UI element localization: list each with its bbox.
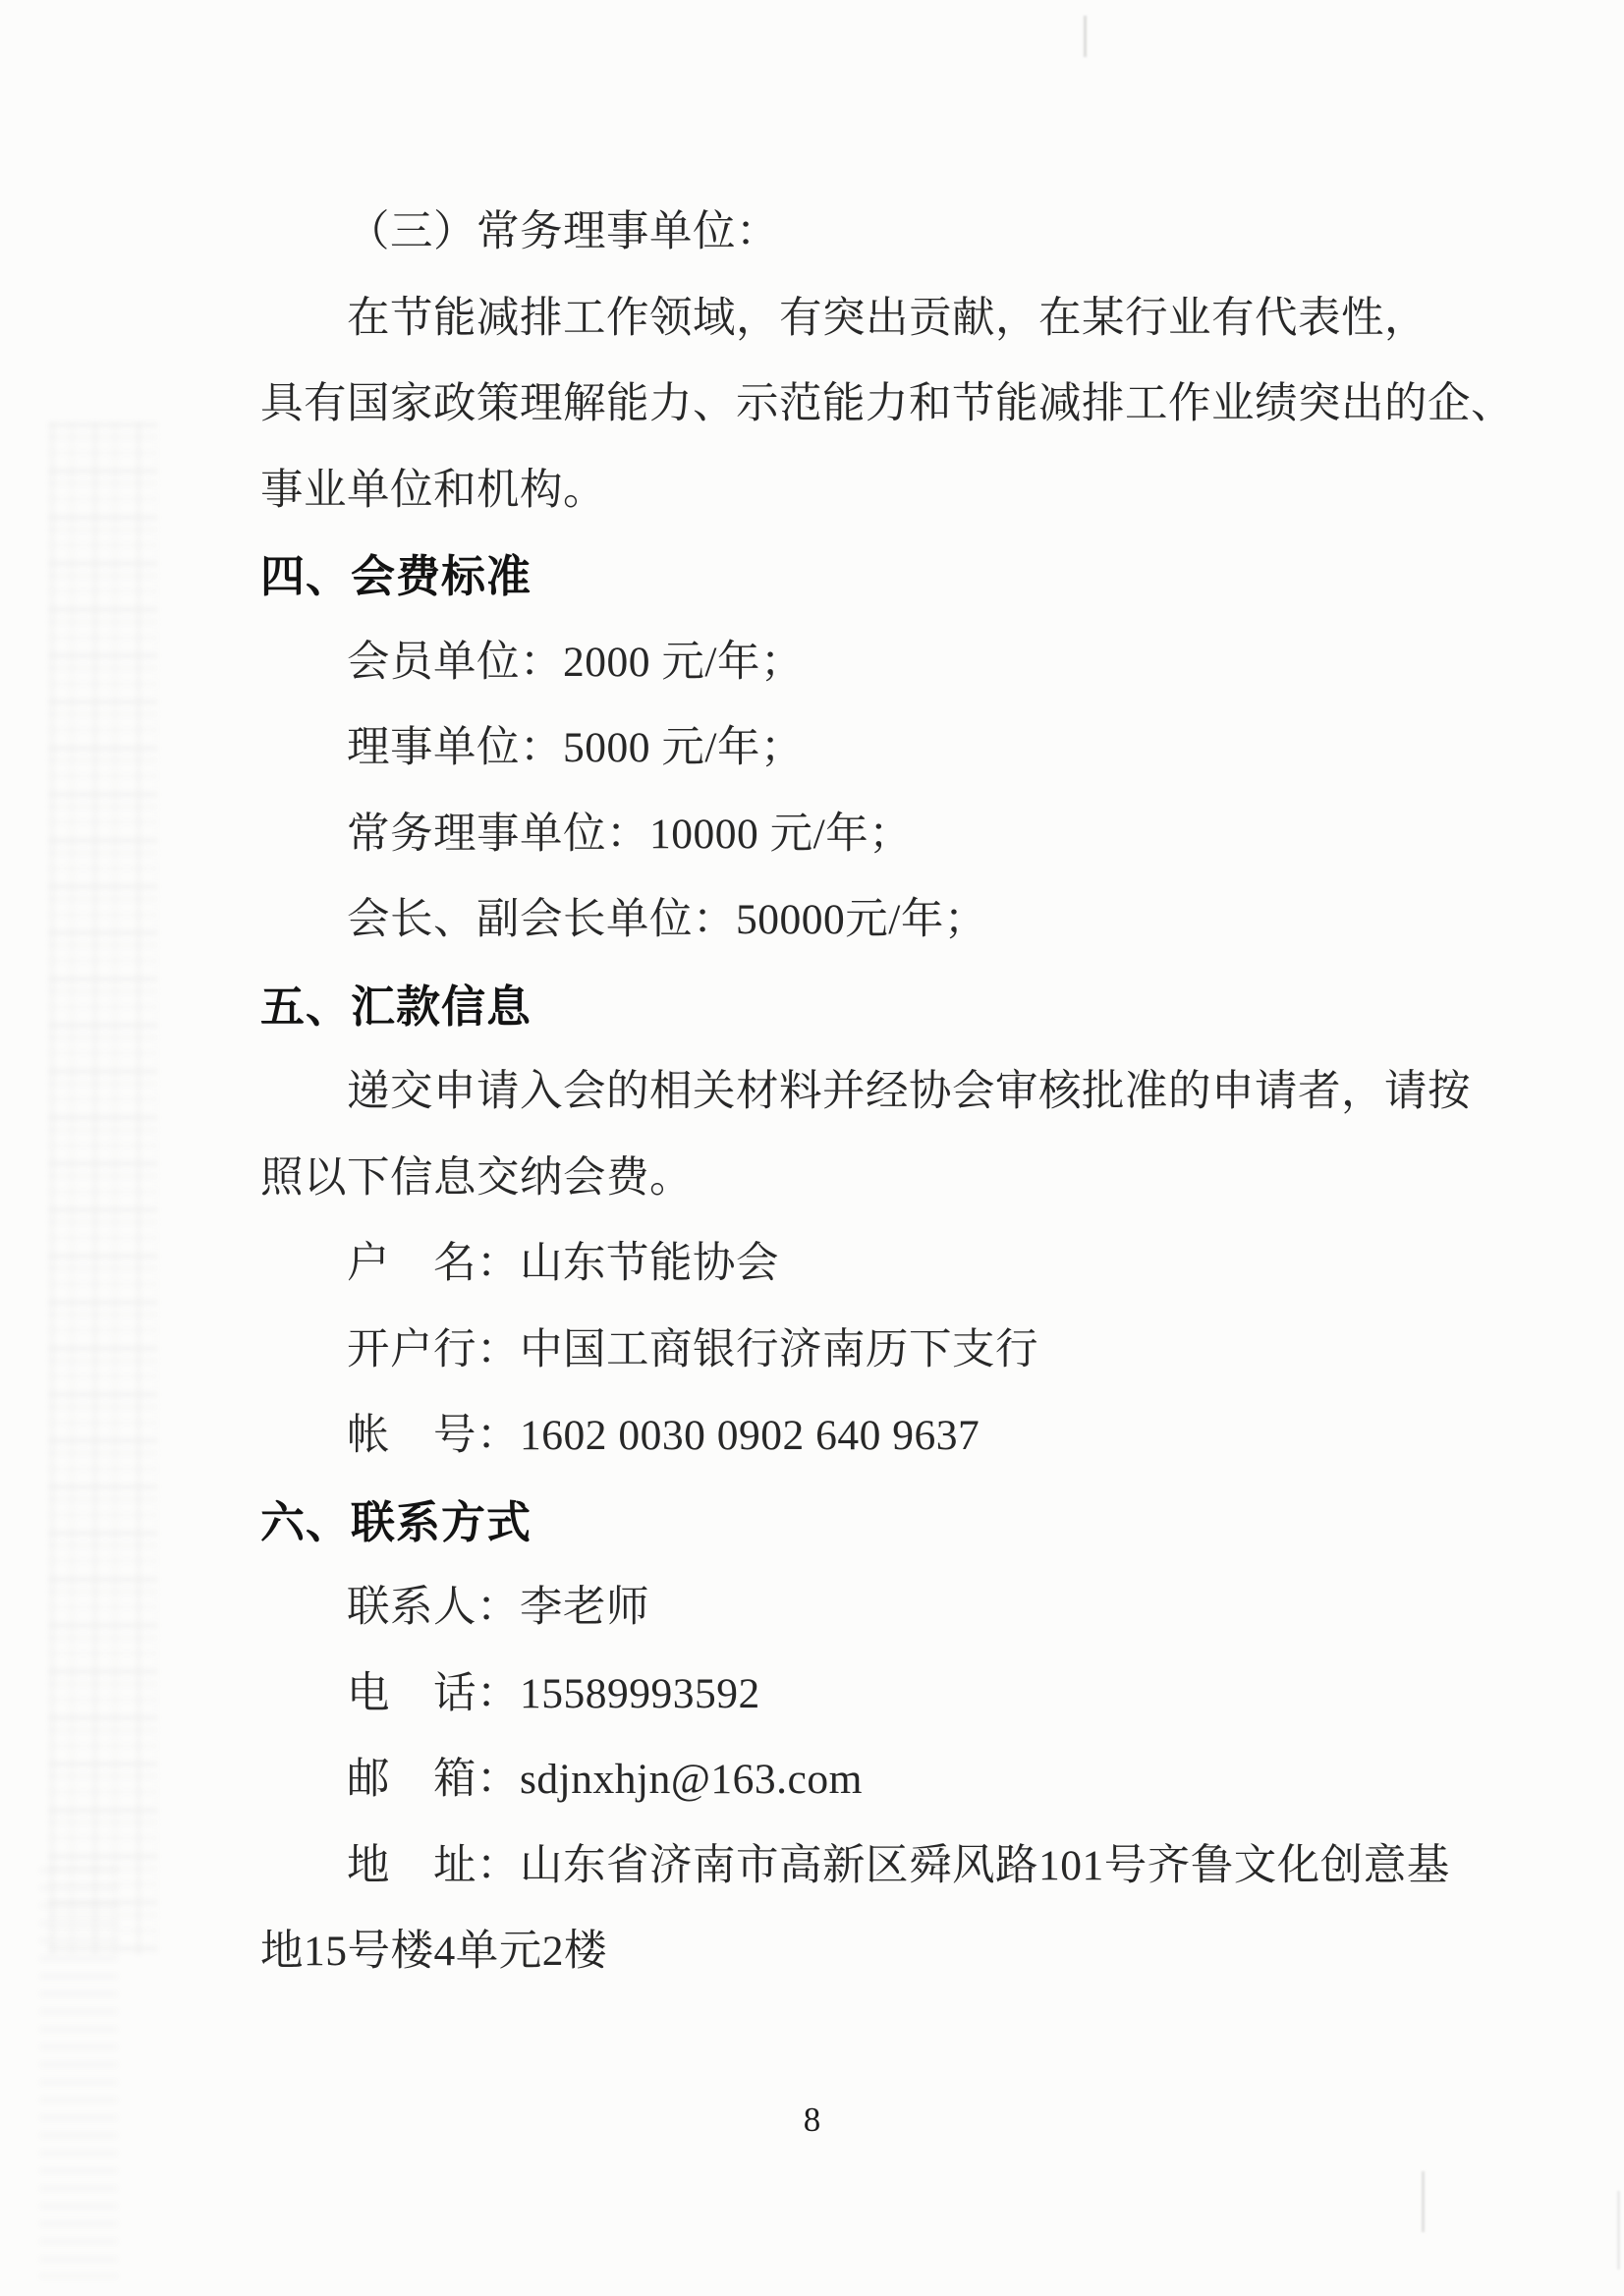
document-content: （三）常务理事单位： 在节能减排工作领域，有突出贡献，在某行业有代表性， 具有国… — [260, 190, 1429, 1995]
bank-account-name: 户 名：山东节能协会 — [260, 1221, 1429, 1308]
subsection-3-body-line-1: 在节能减排工作领域，有突出贡献，在某行业有代表性， — [260, 276, 1429, 363]
section-5-heading: 五、汇款信息 — [260, 964, 1429, 1050]
contact-phone: 电 话：15589993592 — [260, 1652, 1429, 1738]
remittance-intro-line-2: 照以下信息交纳会费。 — [260, 1136, 1429, 1222]
fee-item-council-unit: 理事单位：5000 元/年； — [260, 705, 1429, 792]
scan-noise-band — [49, 422, 157, 1955]
scan-artifact-top — [1084, 16, 1087, 57]
bank-account-number: 帐 号：1602 0030 0902 640 9637 — [260, 1393, 1429, 1480]
subsection-3-title: （三）常务理事单位： — [260, 190, 1429, 276]
scan-artifact-right-edge — [1617, 2191, 1620, 2269]
remittance-intro-line-1: 递交申请入会的相关材料并经协会审核批准的申请者，请按 — [260, 1049, 1429, 1136]
fee-item-president-unit: 会长、副会长单位：50000元/年； — [260, 877, 1429, 964]
contact-address-line-1: 地 址：山东省济南市高新区舜风路101号齐鲁文化创意基 — [260, 1823, 1429, 1910]
subsection-3-body-line-3: 事业单位和机构。 — [260, 448, 1429, 534]
section-6-heading: 六、联系方式 — [260, 1480, 1429, 1566]
contact-address-line-2: 地15号楼4单元2楼 — [260, 1909, 1429, 1995]
scanned-document-page: （三）常务理事单位： 在节能减排工作领域，有突出贡献，在某行业有代表性， 具有国… — [0, 0, 1624, 2296]
bank-branch: 开户行：中国工商银行济南历下支行 — [260, 1308, 1429, 1394]
page-footer: 8 — [0, 2100, 1624, 2140]
fee-item-member-unit: 会员单位：2000 元/年； — [260, 620, 1429, 706]
contact-email: 邮 箱：sdjnxhjn@163.com — [260, 1737, 1429, 1823]
subsection-3-body-line-2: 具有国家政策理解能力、示范能力和节能减排工作业绩突出的企、 — [260, 362, 1429, 448]
section-4-heading: 四、会费标准 — [260, 533, 1429, 620]
fee-item-standing-council-unit: 常务理事单位：10000 元/年； — [260, 792, 1429, 878]
scan-noise-band-lower — [39, 1867, 118, 2279]
page-number: 8 — [804, 2100, 821, 2139]
contact-person: 联系人：李老师 — [260, 1565, 1429, 1652]
scan-artifact-bottom — [1422, 2171, 1425, 2232]
